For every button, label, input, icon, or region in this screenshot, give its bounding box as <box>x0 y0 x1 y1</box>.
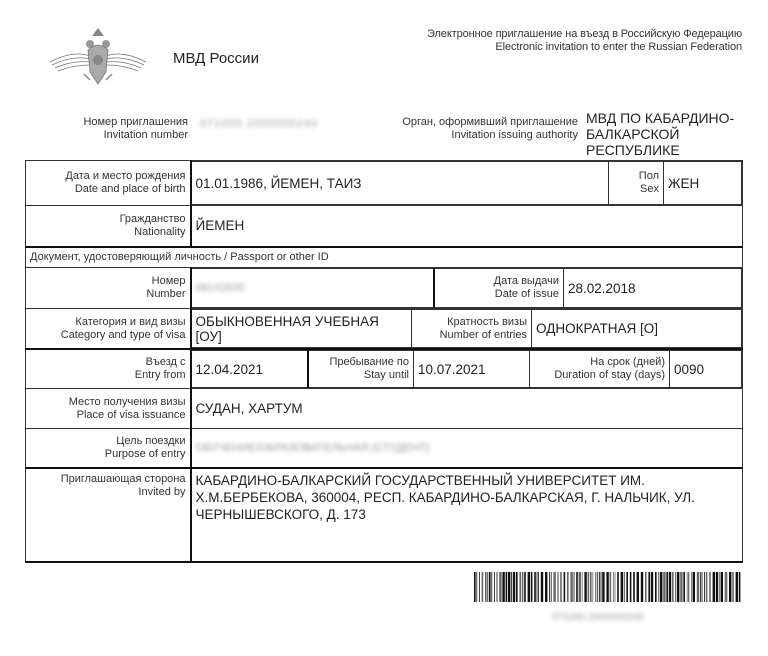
row-entry-dates: Въезд с Entry from 12.04.2021 Пребывание… <box>26 349 743 389</box>
row-visa-category: Категория и вид визы Category and type o… <box>26 309 743 350</box>
entry-from-label-en: Entry from <box>30 369 186 382</box>
duration-value: 0090 <box>670 351 742 388</box>
passport-number-label-ru: Номер <box>30 275 186 288</box>
passport-number-label: Номер Number <box>26 268 191 309</box>
passport-cell: 08142835 Дата выдачи Date of issue 28.02… <box>191 268 743 309</box>
visa-category-label-ru: Категория и вид визы <box>30 316 186 329</box>
purpose-label-ru: Цель поездки <box>30 435 186 448</box>
invitation-number-label-ru: Номер приглашения <box>40 116 188 129</box>
entries-label-ru: Кратность визы <box>416 316 527 329</box>
purpose-label: Цель поездки Purpose of entry <box>26 429 191 468</box>
visa-category-value: ОБЫКНОВЕННАЯ УЧЕБНАЯ [ОУ] <box>192 310 412 348</box>
nationality-label-ru: Гражданство <box>30 213 186 226</box>
row-invited-by: Приглашающая сторона Invited by КАБАРДИН… <box>26 468 743 562</box>
barcode-number: 071000 2000000240 <box>552 612 644 623</box>
birth-label-ru: Дата и место рождения <box>30 170 186 183</box>
birth-value: 01.01.1986, ЙЕМЕН, ТАИЗ <box>192 162 609 205</box>
row-visa-place: Место получения визы Place of visa issua… <box>26 389 743 429</box>
invited-by-label: Приглашающая сторона Invited by <box>26 468 191 562</box>
visa-place-value: СУДАН, ХАРТУМ <box>191 389 743 429</box>
entry-from-label: Въезд с Entry from <box>26 349 191 389</box>
visa-category-label: Категория и вид визы Category and type o… <box>26 309 191 350</box>
sex-label-ru: Пол <box>613 170 659 183</box>
birth-label: Дата и место рождения Date and place of … <box>26 161 191 206</box>
document-title: Электронное приглашение на въезд в Росси… <box>427 28 742 54</box>
birth-sex-cell: 01.01.1986, ЙЕМЕН, ТАИЗ Пол Sex ЖЕН <box>191 161 743 206</box>
entries-label-en: Number of entries <box>416 329 527 342</box>
purpose-label-en: Purpose of entry <box>30 448 186 461</box>
stay-until-label: Пребывание по Stay until <box>308 351 414 388</box>
entry-dates-cell: 12.04.2021 Пребывание по Stay until 10.0… <box>191 349 743 389</box>
entry-from-value: 12.04.2021 <box>192 351 308 388</box>
issue-date-label: Дата выдачи Date of issue <box>434 269 564 308</box>
duration-label-en: Duration of stay (days) <box>534 369 665 382</box>
issuing-authority-label: Орган, оформивший приглашение Invitation… <box>380 116 578 142</box>
issuing-authority-label-en: Invitation issuing authority <box>380 129 578 142</box>
issuing-authority-label-ru: Орган, оформивший приглашение <box>380 116 578 129</box>
row-passport: Номер Number 08142835 Дата выдачи Date o… <box>26 268 743 309</box>
invited-by-label-en: Invited by <box>30 486 186 499</box>
sex-label: Пол Sex <box>609 162 664 205</box>
document-title-en: Electronic invitation to enter the Russi… <box>427 41 742 54</box>
visa-place-label: Место получения визы Place of visa issua… <box>26 389 191 429</box>
row-birth: Дата и место рождения Date and place of … <box>26 161 743 206</box>
invitation-number-label: Номер приглашения Invitation number <box>40 116 188 142</box>
issue-date-label-ru: Дата выдачи <box>439 275 560 288</box>
invitation-number-label-en: Invitation number <box>40 129 188 142</box>
entries-label: Кратность визы Number of entries <box>412 310 532 348</box>
nationality-value: ЙЕМЕН <box>191 206 743 247</box>
issue-date-value: 28.02.2018 <box>564 269 742 308</box>
entries-value: ОДНОКРАТНАЯ [О] <box>532 310 742 348</box>
stay-until-label-ru: Пребывание по <box>313 356 410 369</box>
row-document-section: Документ, удостоверяющий личность / Pass… <box>26 247 743 268</box>
birth-label-en: Date and place of birth <box>30 183 186 196</box>
nationality-label: Гражданство Nationality <box>26 206 191 247</box>
visa-category-cell: ОБЫКНОВЕННАЯ УЧЕБНАЯ [ОУ] Кратность визы… <box>191 309 743 350</box>
organization-name: МВД России <box>173 50 259 67</box>
nationality-label-en: Nationality <box>30 226 186 239</box>
issuing-authority-value: МВД ПО КАБАРДИНО-БАЛКАРСКОЙ РЕСПУБЛИКЕ <box>586 110 746 158</box>
row-purpose: Цель поездки Purpose of entry ОБУЧЕНИЕ/О… <box>26 429 743 468</box>
issue-date-label-en: Date of issue <box>439 288 560 301</box>
passport-number-label-en: Number <box>30 288 186 301</box>
visa-place-label-ru: Место получения визы <box>30 396 186 409</box>
invited-by-value: КАБАРДИНО-БАЛКАРСКИЙ ГОСУДАРСТВЕННЫЙ УНИ… <box>191 468 743 562</box>
stay-until-label-en: Stay until <box>313 369 410 382</box>
duration-label: На срок (дней) Duration of stay (days) <box>530 351 670 388</box>
barcode-icon <box>474 572 742 602</box>
passport-number-value: 08142835 <box>192 269 434 308</box>
document-title-ru: Электронное приглашение на въезд в Росси… <box>427 28 742 41</box>
invitation-number-value: 071000 2000000240 <box>200 118 318 130</box>
document-section-heading: Документ, удостоверяющий личность / Pass… <box>26 247 743 268</box>
stay-until-value: 10.07.2021 <box>414 351 530 388</box>
purpose-value: ОБУЧЕНИЕ/ОБРАЗОВАТЕЛЬНАЯ (СТУДЕНТ) <box>191 429 743 468</box>
invitation-details-table: Дата и место рождения Date and place of … <box>25 160 743 563</box>
visa-category-label-en: Category and type of visa <box>30 329 186 342</box>
invited-by-label-ru: Приглашающая сторона <box>30 473 186 486</box>
sex-label-en: Sex <box>613 183 659 196</box>
sex-value: ЖЕН <box>664 162 742 205</box>
double-headed-eagle-emblem-icon <box>48 22 148 92</box>
visa-place-label-en: Place of visa issuance <box>30 409 186 422</box>
duration-label-ru: На срок (дней) <box>534 356 665 369</box>
row-nationality: Гражданство Nationality ЙЕМЕН <box>26 206 743 247</box>
entry-from-label-ru: Въезд с <box>30 356 186 369</box>
